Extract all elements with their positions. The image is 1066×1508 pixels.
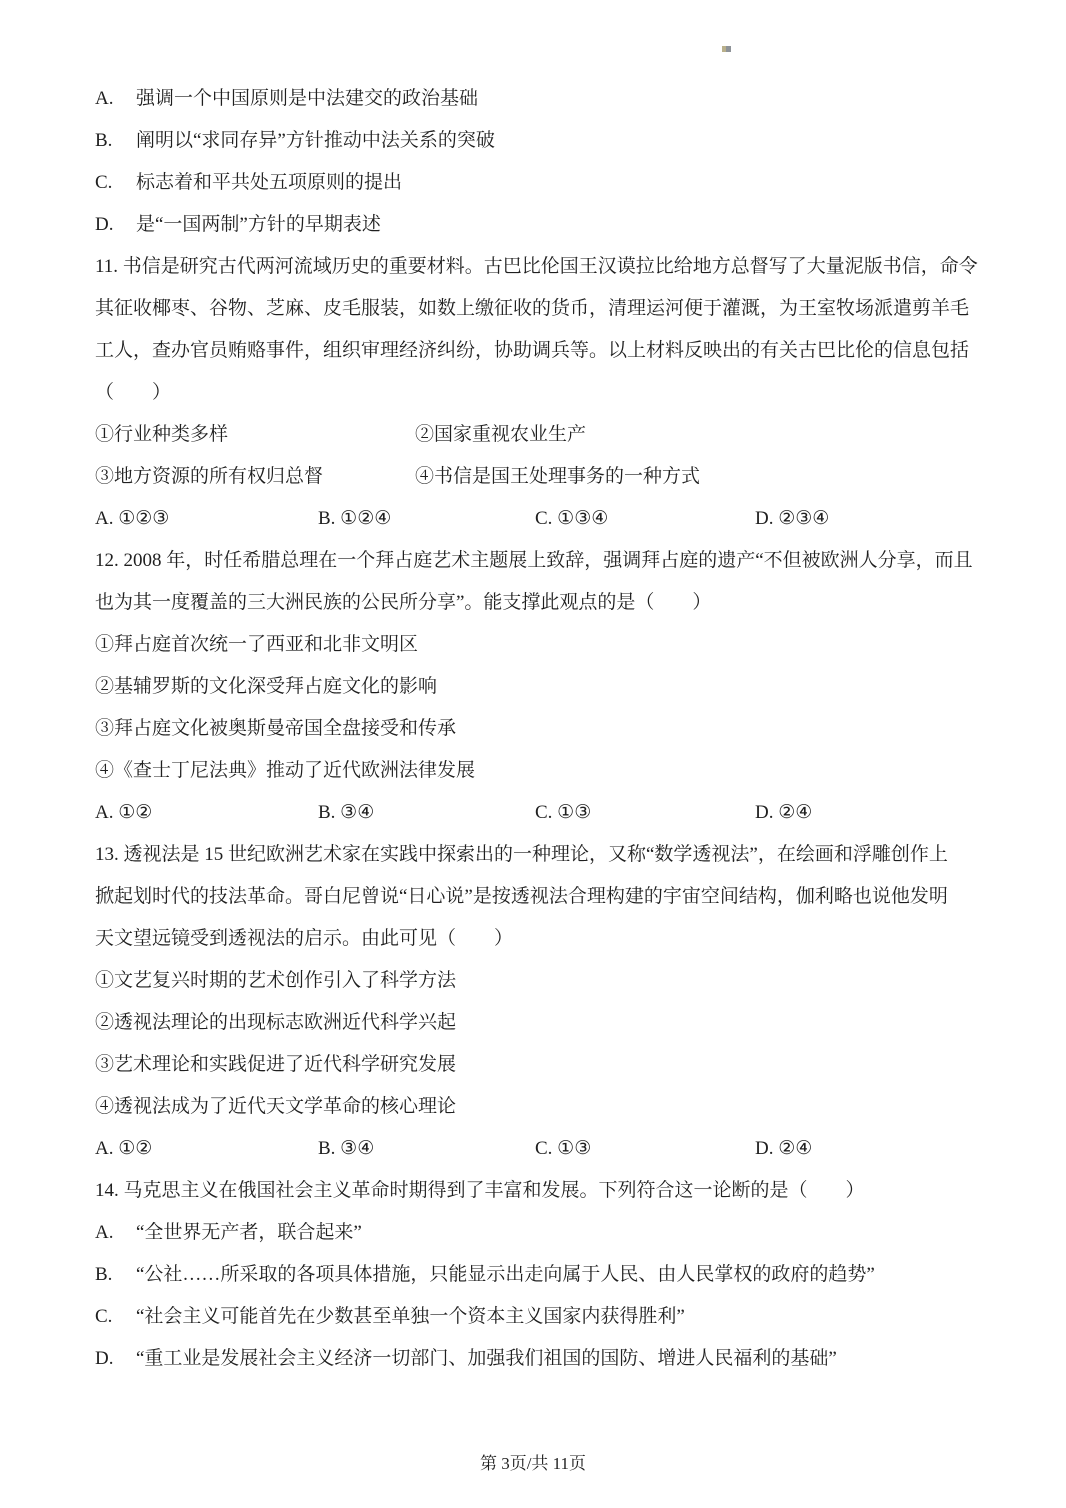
choice-b: B. ③④ [318, 792, 535, 834]
exam-content: A.强调一个中国原则是中法建交的政治基础 B.阐明以“求同存异”方针推动中法关系… [95, 78, 987, 1380]
option-label: C. [95, 162, 119, 204]
option-label: D. [95, 1338, 119, 1380]
option-text: 强调一个中国原则是中法建交的政治基础 [136, 88, 478, 109]
choice-d: D. ②④ [755, 1128, 987, 1170]
stem-line: 11. 书信是研究古代两河流域历史的重要材料。古巴比伦国王汉谟拉比给地方总督写了… [95, 246, 987, 288]
numbered-item-2: ②基辅罗斯的文化深受拜占庭文化的影响 [95, 666, 987, 708]
option-row-d: D.是“一国两制”方针的早期表述 [95, 204, 987, 246]
page-footer: 第 3页/共 11页 [0, 1452, 1066, 1476]
choices-row: A. ①② B. ③④ C. ①③ D. ②④ [95, 1128, 987, 1170]
scan-artifact [722, 46, 731, 52]
numbered-item-1: ①行业种类多样 [95, 414, 415, 456]
answer-blank-parentheses: （ ） [95, 372, 987, 414]
choices-row: A. ①② B. ③④ C. ①③ D. ②④ [95, 792, 987, 834]
choice-b: B. ③④ [318, 1128, 535, 1170]
option-label: B. [95, 120, 119, 162]
option-text: “重工业是发展社会主义经济一切部门、加强我们祖国的国防、增进人民福利的基础” [136, 1348, 837, 1369]
numbered-items-row: ①行业种类多样 ②国家重视农业生产 [95, 414, 987, 456]
choice-a: A. ①②③ [95, 498, 318, 540]
stem-line: 天文望远镜受到透视法的启示。由此可见（ ） [95, 918, 987, 960]
question-11: 11. 书信是研究古代两河流域历史的重要材料。古巴比伦国王汉谟拉比给地方总督写了… [95, 246, 987, 540]
option-row-a: A.“全世界无产者，联合起来” [95, 1212, 987, 1254]
choice-d: D. ②③④ [755, 498, 987, 540]
option-text: “全世界无产者，联合起来” [136, 1222, 362, 1243]
question-12: 12. 2008 年，时任希腊总理在一个拜占庭艺术主题展上致辞，强调拜占庭的遗产… [95, 540, 987, 834]
option-row-c: C.标志着和平共处五项原则的提出 [95, 162, 987, 204]
choice-c: C. ①③④ [535, 498, 755, 540]
option-row-c: C.“社会主义可能首先在少数甚至单独一个资本主义国家内获得胜利” [95, 1296, 987, 1338]
option-row-d: D.“重工业是发展社会主义经济一切部门、加强我们祖国的国防、增进人民福利的基础” [95, 1338, 987, 1380]
exam-page: A.强调一个中国原则是中法建交的政治基础 B.阐明以“求同存异”方针推动中法关系… [0, 0, 1066, 1508]
numbered-items-row: ③地方资源的所有权归总督 ④书信是国王处理事务的一种方式 [95, 456, 987, 498]
option-label: A. [95, 1212, 119, 1254]
option-row-b: B.“公社……所采取的各项具体措施，只能显示出走向属于人民、由人民掌权的政府的趋… [95, 1254, 987, 1296]
option-text: 是“一国两制”方针的早期表述 [136, 214, 381, 235]
question-13: 13. 透视法是 15 世纪欧洲艺术家在实践中探索出的一种理论，又称“数学透视法… [95, 834, 987, 1170]
choice-c: C. ①③ [535, 1128, 755, 1170]
numbered-item-2: ②国家重视农业生产 [415, 414, 987, 456]
option-label: D. [95, 204, 119, 246]
numbered-item-4: ④《查士丁尼法典》推动了近代欧洲法律发展 [95, 750, 987, 792]
numbered-item-3: ③拜占庭文化被奥斯曼帝国全盘接受和传承 [95, 708, 987, 750]
option-row-a: A.强调一个中国原则是中法建交的政治基础 [95, 78, 987, 120]
question-10-options: A.强调一个中国原则是中法建交的政治基础 B.阐明以“求同存异”方针推动中法关系… [95, 78, 987, 246]
stem-line: 也为其一度覆盖的三大洲民族的公民所分享”。能支撑此观点的是（ ） [95, 582, 987, 624]
option-row-b: B.阐明以“求同存异”方针推动中法关系的突破 [95, 120, 987, 162]
choice-b: B. ①②④ [318, 498, 535, 540]
stem-line: 13. 透视法是 15 世纪欧洲艺术家在实践中探索出的一种理论，又称“数学透视法… [95, 834, 987, 876]
question-14: 14. 马克思主义在俄国社会主义革命时期得到了丰富和发展。下列符合这一论断的是（… [95, 1170, 987, 1380]
stem-line: 工人，查办官员贿赂事件，组织审理经济纠纷，协助调兵等。以上材料反映出的有关古巴比… [95, 330, 987, 372]
numbered-item-1: ①拜占庭首次统一了西亚和北非文明区 [95, 624, 987, 666]
option-text: 标志着和平共处五项原则的提出 [136, 172, 402, 193]
option-label: A. [95, 78, 119, 120]
numbered-item-3: ③艺术理论和实践促进了近代科学研究发展 [95, 1044, 987, 1086]
option-text: “公社……所采取的各项具体措施，只能显示出走向属于人民、由人民掌权的政府的趋势” [136, 1264, 875, 1285]
stem-line: 掀起划时代的技法革命。哥白尼曾说“日心说”是按透视法合理构建的宇宙空间结构，伽利… [95, 876, 987, 918]
stem-line: 12. 2008 年，时任希腊总理在一个拜占庭艺术主题展上致辞，强调拜占庭的遗产… [95, 540, 987, 582]
numbered-item-4: ④书信是国王处理事务的一种方式 [415, 456, 987, 498]
choice-a: A. ①② [95, 792, 318, 834]
choice-d: D. ②④ [755, 792, 987, 834]
numbered-item-4: ④透视法成为了近代天文学革命的核心理论 [95, 1086, 987, 1128]
numbered-item-1: ①文艺复兴时期的艺术创作引入了科学方法 [95, 960, 987, 1002]
option-text: 阐明以“求同存异”方针推动中法关系的突破 [136, 130, 495, 151]
stem-line: 14. 马克思主义在俄国社会主义革命时期得到了丰富和发展。下列符合这一论断的是（… [95, 1170, 987, 1212]
option-label: C. [95, 1296, 119, 1338]
numbered-item-2: ②透视法理论的出现标志欧洲近代科学兴起 [95, 1002, 987, 1044]
choice-a: A. ①② [95, 1128, 318, 1170]
stem-line: 其征收椰枣、谷物、芝麻、皮毛服装，如数上缴征收的货币，清理运河便于灌溉，为王室牧… [95, 288, 987, 330]
numbered-item-3: ③地方资源的所有权归总督 [95, 456, 415, 498]
choices-row: A. ①②③ B. ①②④ C. ①③④ D. ②③④ [95, 498, 987, 540]
choice-c: C. ①③ [535, 792, 755, 834]
option-text: “社会主义可能首先在少数甚至单独一个资本主义国家内获得胜利” [136, 1306, 685, 1327]
page-indicator: 第 3页/共 11页 [480, 1454, 586, 1473]
option-label: B. [95, 1254, 119, 1296]
